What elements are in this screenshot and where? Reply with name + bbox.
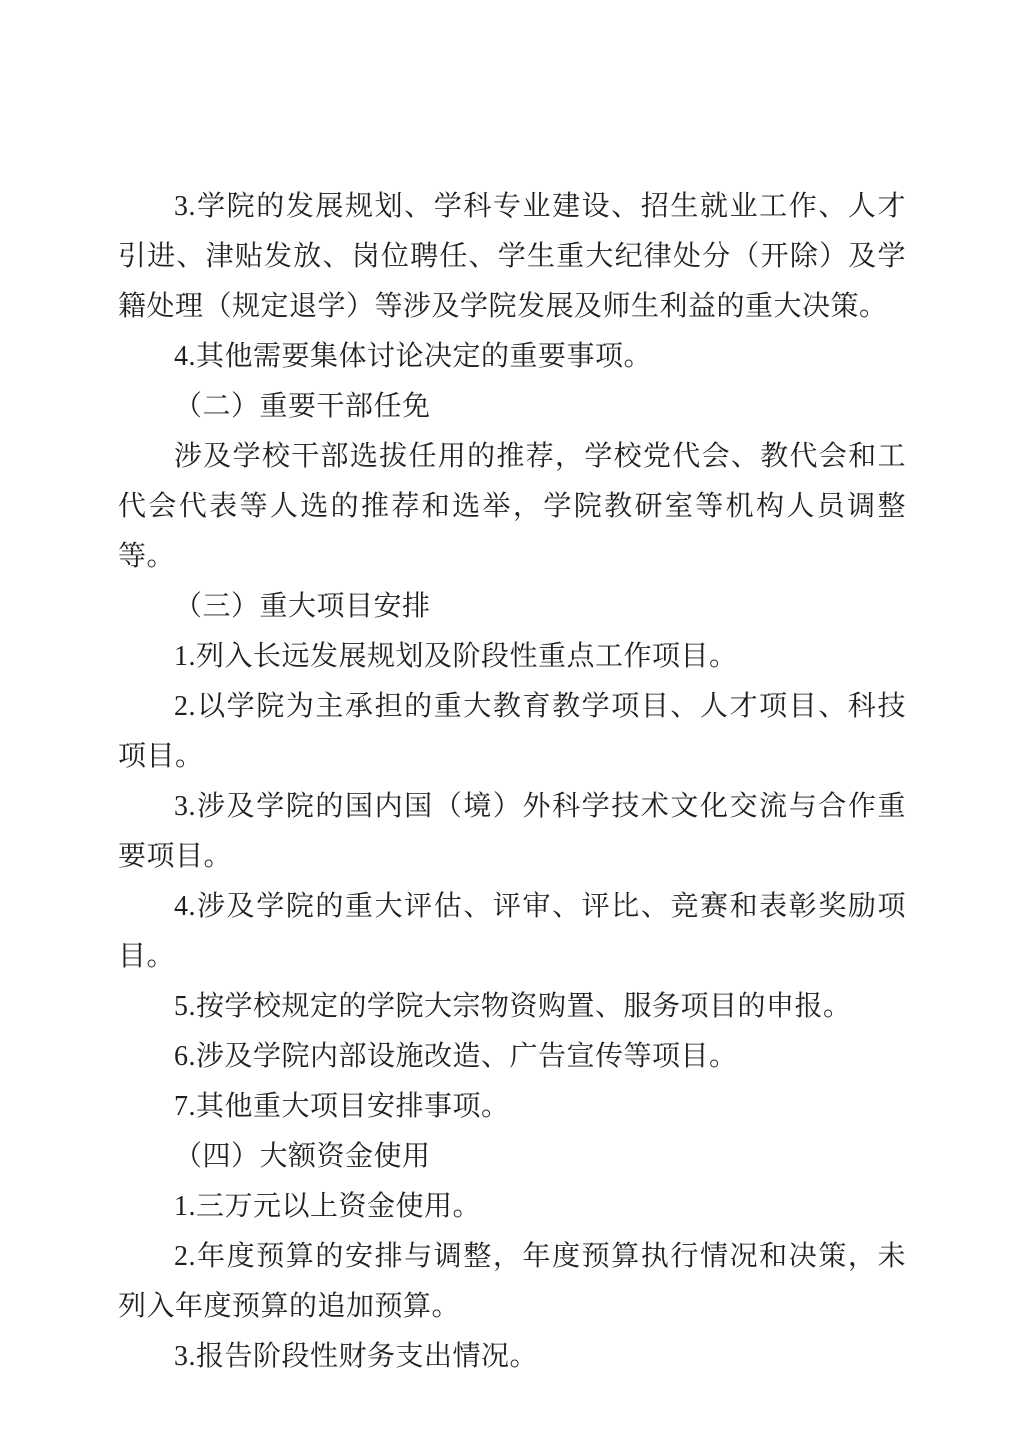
paragraph: 涉及学校干部选拔任用的推荐，学校党代会、教代会和工代会代表等人选的推荐和选举，学… bbox=[118, 432, 906, 582]
paragraph: 3.学院的发展规划、学科专业建设、招生就业工作、人才引进、津贴发放、岗位聘任、学… bbox=[118, 182, 906, 332]
paragraph: 6.涉及学院内部设施改造、广告宣传等项目。 bbox=[118, 1032, 906, 1082]
paragraph: 5.按学校规定的学院大宗物资购置、服务项目的申报。 bbox=[118, 982, 906, 1032]
paragraph: （四）大额资金使用 bbox=[118, 1132, 906, 1182]
paragraph: 7.其他重大项目安排事项。 bbox=[118, 1082, 906, 1132]
paragraph: 1.列入长远发展规划及阶段性重点工作项目。 bbox=[118, 632, 906, 682]
paragraph: （三）重大项目安排 bbox=[118, 582, 906, 632]
paragraph: 2.以学院为主承担的重大教育教学项目、人才项目、科技项目。 bbox=[118, 682, 906, 782]
document-page: 3.学院的发展规划、学科专业建设、招生就业工作、人才引进、津贴发放、岗位聘任、学… bbox=[0, 0, 1024, 1448]
document-body: 3.学院的发展规划、学科专业建设、招生就业工作、人才引进、津贴发放、岗位聘任、学… bbox=[118, 182, 906, 1382]
paragraph: 1.三万元以上资金使用。 bbox=[118, 1182, 906, 1232]
paragraph: 4.涉及学院的重大评估、评审、评比、竞赛和表彰奖励项目。 bbox=[118, 882, 906, 982]
paragraph: 2.年度预算的安排与调整，年度预算执行情况和决策，未列入年度预算的追加预算。 bbox=[118, 1232, 906, 1332]
paragraph: （二）重要干部任免 bbox=[118, 382, 906, 432]
paragraph: 4.其他需要集体讨论决定的重要事项。 bbox=[118, 332, 906, 382]
paragraph: 3.涉及学院的国内国（境）外科学技术文化交流与合作重要项目。 bbox=[118, 782, 906, 882]
paragraph: 3.报告阶段性财务支出情况。 bbox=[118, 1332, 906, 1382]
